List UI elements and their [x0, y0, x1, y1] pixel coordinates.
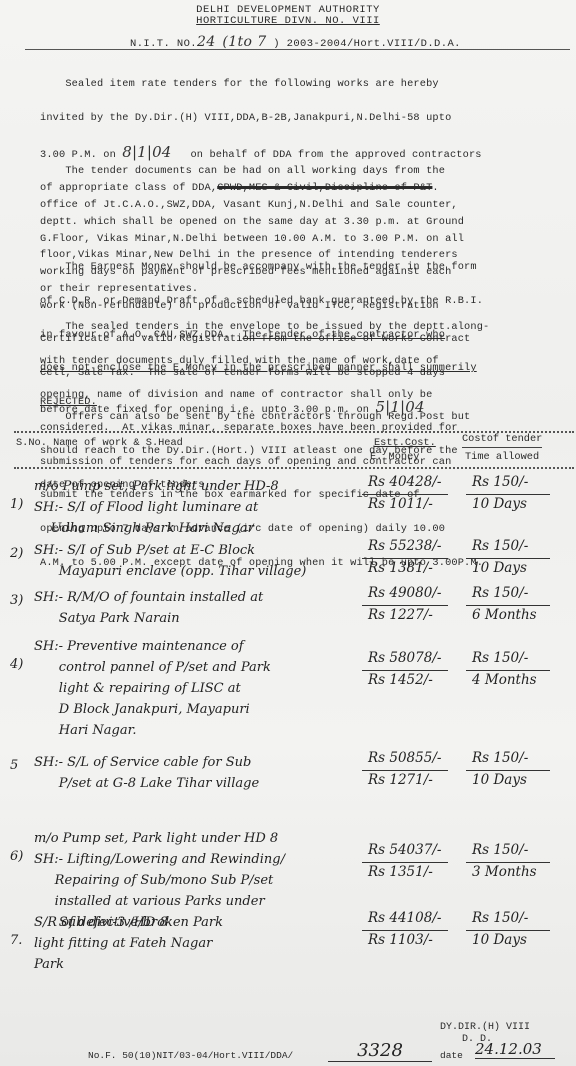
estimated-cost: Rs 55238/-: [368, 538, 441, 554]
row-number: 3): [10, 593, 23, 608]
fraction-line: [362, 494, 448, 495]
fraction-line: [466, 670, 550, 671]
fraction-line: [362, 558, 448, 559]
time-allowed: 10 Days: [472, 932, 527, 948]
fraction-line: [362, 862, 448, 863]
fraction-line: [466, 605, 550, 606]
header-estt-cost: Estt.Cost.: [374, 437, 436, 449]
nit-number-line: N.I.T. NO.24 (1to 7 ) 2003-2004/Hort.VII…: [130, 34, 461, 50]
fraction-line: [466, 494, 550, 495]
fraction-line: [362, 770, 448, 771]
earnest-money: Rs 1381/-: [368, 560, 433, 576]
cost-of-tender: Rs 150/-: [472, 585, 528, 601]
date-label: date: [440, 1050, 463, 1061]
work-description: m/o Pump set, Park light under HD-8 SH:-…: [34, 476, 279, 539]
date-value: 24.12.03: [475, 1040, 555, 1059]
fraction-line: [466, 558, 550, 559]
work-description: SH:- Preventive maintenance of control p…: [34, 636, 271, 741]
header-cost-of-tender: Costof tender: [462, 433, 542, 448]
estimated-cost: Rs 50855/-: [368, 750, 441, 766]
time-allowed: 10 Days: [472, 560, 527, 576]
time-allowed: 10 Days: [472, 772, 527, 788]
work-description: SH:- S/L of Service cable for Sub P/set …: [34, 752, 259, 794]
cost-of-tender: Rs 150/-: [472, 910, 528, 926]
earnest-money: Rs 1103/-: [368, 932, 433, 948]
row-number: 5: [10, 758, 18, 773]
time-allowed: 3 Months: [472, 864, 537, 880]
fraction-line: [362, 670, 448, 671]
earnest-money: Rs 1011/-: [368, 496, 433, 512]
fraction-line: [466, 862, 550, 863]
time-allowed: 10 Days: [472, 496, 527, 512]
fraction-line: [362, 605, 448, 606]
cost-of-tender: Rs 150/-: [472, 750, 528, 766]
fraction-line: [466, 930, 550, 931]
cost-of-tender: Rs 150/-: [472, 650, 528, 666]
earnest-money: Rs 1271/-: [368, 772, 433, 788]
row-number: 4): [10, 657, 23, 672]
work-description: SH:- S/I of Sub P/set at E-C Block Mayap…: [34, 540, 306, 582]
estimated-cost: Rs 40428/-: [368, 474, 441, 490]
cost-of-tender: Rs 150/-: [472, 474, 528, 490]
fraction-line: [466, 770, 550, 771]
earnest-money: Rs 1227/-: [368, 607, 433, 623]
row-number: 2): [10, 546, 23, 561]
header-time-allowed: Time allowed: [465, 451, 539, 463]
nit-number: 24: [197, 34, 216, 50]
estimated-cost: Rs 49080/-: [368, 585, 441, 601]
row-number: 6): [10, 849, 23, 864]
earnest-money: Rs 1351/-: [368, 864, 433, 880]
header-emoney: E. Money: [370, 451, 419, 463]
table-header-bottom-rule: [14, 467, 574, 469]
row-number: 7.: [10, 933, 22, 948]
fraction-line: [362, 930, 448, 931]
time-allowed: 6 Months: [472, 607, 537, 623]
cost-of-tender: Rs 150/-: [472, 842, 528, 858]
estimated-cost: Rs 58078/-: [368, 650, 441, 666]
earnest-money: Rs 1452/-: [368, 672, 433, 688]
estimated-cost: Rs 44108/-: [368, 910, 441, 926]
signatory-title: DY.DIR.(H) VIII: [440, 1022, 530, 1033]
cost-of-tender: Rs 150/-: [472, 538, 528, 554]
tender-notice-page: DELHI DEVELOPMENT AUTHORITY HORTICULTURE…: [0, 0, 576, 1066]
header-sno-name: S.No. Name of work & S.Head: [16, 437, 183, 449]
file-number: No.F. 50(10)NIT/03-04/Hort.VIII/DDA/: [88, 1050, 293, 1061]
estimated-cost: Rs 54037/-: [368, 842, 441, 858]
work-description: SH:- R/M/O of fountain installed at Saty…: [34, 587, 263, 629]
time-allowed: 4 Months: [472, 672, 537, 688]
nit-range: (1to 7: [222, 34, 266, 50]
dispatch-number: 3328: [328, 1040, 432, 1062]
division-name: HORTICULTURE DIVN. NO. VIII: [0, 15, 576, 27]
work-description: S/R of defective/broken Park light fitti…: [34, 912, 223, 975]
header-rule: [25, 49, 570, 50]
row-number: 1): [10, 497, 23, 512]
